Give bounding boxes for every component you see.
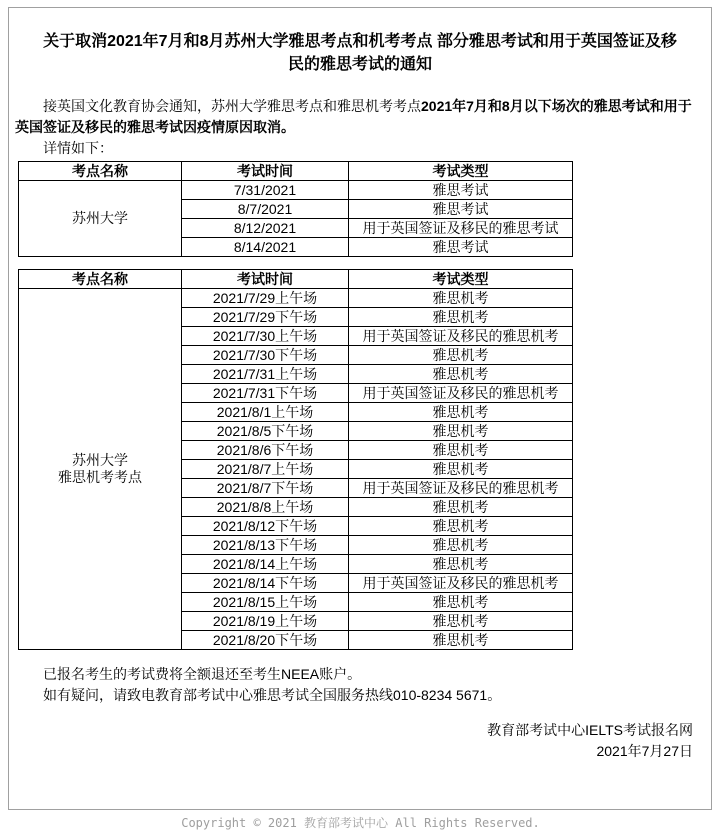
header-time: 考试时间: [182, 162, 349, 181]
time-cell: 2021/7/29上午场: [182, 289, 349, 308]
time-cell: 8/7/2021: [182, 200, 349, 219]
type-cell: 雅思考试: [349, 238, 573, 257]
refund-note: 已报名考生的考试费将全额退还至考生NEEA账户。: [15, 664, 705, 685]
paper-exam-table: 考点名称 考试时间 考试类型 苏州大学7/31/2021雅思考试8/7/2021…: [18, 161, 573, 257]
type-cell: 雅思机考: [349, 593, 573, 612]
type-cell: 雅思机考: [349, 346, 573, 365]
details-label: 详情如下：: [15, 138, 705, 158]
time-cell: 2021/7/30下午场: [182, 346, 349, 365]
type-cell: 雅思机考: [349, 555, 573, 574]
signature-date: 2021年7月27日: [15, 741, 693, 762]
intro-paragraph: 接英国文化教育协会通知，苏州大学雅思考点和雅思机考考点2021年7月和8月以下场…: [15, 96, 705, 138]
type-cell: 雅思机考: [349, 441, 573, 460]
time-cell: 2021/7/29下午场: [182, 308, 349, 327]
table-row: 苏州大学7/31/2021雅思考试: [19, 181, 573, 200]
time-cell: 2021/8/7下午场: [182, 479, 349, 498]
type-cell: 雅思机考: [349, 289, 573, 308]
header-type: 考试类型: [349, 162, 573, 181]
footer-notes: 已报名考生的考试费将全额退还至考生NEEA账户。 如有疑问，请致电教育部考试中心…: [15, 664, 705, 706]
time-cell: 2021/8/12下午场: [182, 517, 349, 536]
type-cell: 雅思机考: [349, 460, 573, 479]
type-cell: 雅思考试: [349, 200, 573, 219]
time-cell: 2021/8/1上午场: [182, 403, 349, 422]
signature-block: 教育部考试中心IELTS考试报名网 2021年7月27日: [15, 720, 705, 762]
type-cell: 雅思机考: [349, 403, 573, 422]
header-time: 考试时间: [182, 270, 349, 289]
type-cell: 用于英国签证及移民的雅思机考: [349, 574, 573, 593]
table-header-row: 考点名称 考试时间 考试类型: [19, 162, 573, 181]
signature-org: 教育部考试中心IELTS考试报名网: [15, 720, 693, 741]
time-cell: 2021/8/19上午场: [182, 612, 349, 631]
type-cell: 雅思机考: [349, 308, 573, 327]
venue-cell: 苏州大学雅思机考考点: [19, 289, 182, 650]
intro-normal-text: 接英国文化教育协会通知，苏州大学雅思考点和雅思机考考点: [43, 98, 421, 114]
time-cell: 7/31/2021: [182, 181, 349, 200]
type-cell: 雅思机考: [349, 422, 573, 441]
time-cell: 2021/7/31上午场: [182, 365, 349, 384]
table-header-row: 考点名称 考试时间 考试类型: [19, 270, 573, 289]
type-cell: 雅思机考: [349, 536, 573, 555]
type-cell: 雅思机考: [349, 631, 573, 650]
time-cell: 2021/8/14下午场: [182, 574, 349, 593]
time-cell: 2021/8/15上午场: [182, 593, 349, 612]
time-cell: 2021/7/30上午场: [182, 327, 349, 346]
type-cell: 雅思机考: [349, 498, 573, 517]
page-title: 关于取消2021年7月和8月苏州大学雅思考点和机考考点 部分雅思考试和用于英国签…: [39, 30, 681, 76]
contact-note: 如有疑问，请致电教育部考试中心雅思考试全国服务热线010-8234 5671。: [15, 685, 705, 706]
header-venue: 考点名称: [19, 270, 182, 289]
time-cell: 8/12/2021: [182, 219, 349, 238]
time-cell: 8/14/2021: [182, 238, 349, 257]
time-cell: 2021/7/31下午场: [182, 384, 349, 403]
notice-page: 关于取消2021年7月和8月苏州大学雅思考点和机考考点 部分雅思考试和用于英国签…: [8, 7, 712, 810]
time-cell: 2021/8/8上午场: [182, 498, 349, 517]
time-cell: 2021/8/14上午场: [182, 555, 349, 574]
type-cell: 用于英国签证及移民的雅思机考: [349, 327, 573, 346]
type-cell: 用于英国签证及移民的雅思机考: [349, 384, 573, 403]
type-cell: 雅思机考: [349, 612, 573, 631]
header-venue: 考点名称: [19, 162, 182, 181]
type-cell: 用于英国签证及移民的雅思机考: [349, 479, 573, 498]
type-cell: 雅思机考: [349, 365, 573, 384]
time-cell: 2021/8/6下午场: [182, 441, 349, 460]
table-row: 苏州大学雅思机考考点2021/7/29上午场雅思机考: [19, 289, 573, 308]
venue-cell: 苏州大学: [19, 181, 182, 257]
time-cell: 2021/8/7上午场: [182, 460, 349, 479]
type-cell: 雅思考试: [349, 181, 573, 200]
time-cell: 2021/8/13下午场: [182, 536, 349, 555]
copyright-text: Copyright © 2021 教育部考试中心 All Rights Rese…: [0, 814, 721, 831]
time-cell: 2021/8/20下午场: [182, 631, 349, 650]
type-cell: 用于英国签证及移民的雅思考试: [349, 219, 573, 238]
time-cell: 2021/8/5下午场: [182, 422, 349, 441]
header-type: 考试类型: [349, 270, 573, 289]
computer-exam-table: 考点名称 考试时间 考试类型 苏州大学雅思机考考点2021/7/29上午场雅思机…: [18, 269, 573, 650]
type-cell: 雅思机考: [349, 517, 573, 536]
